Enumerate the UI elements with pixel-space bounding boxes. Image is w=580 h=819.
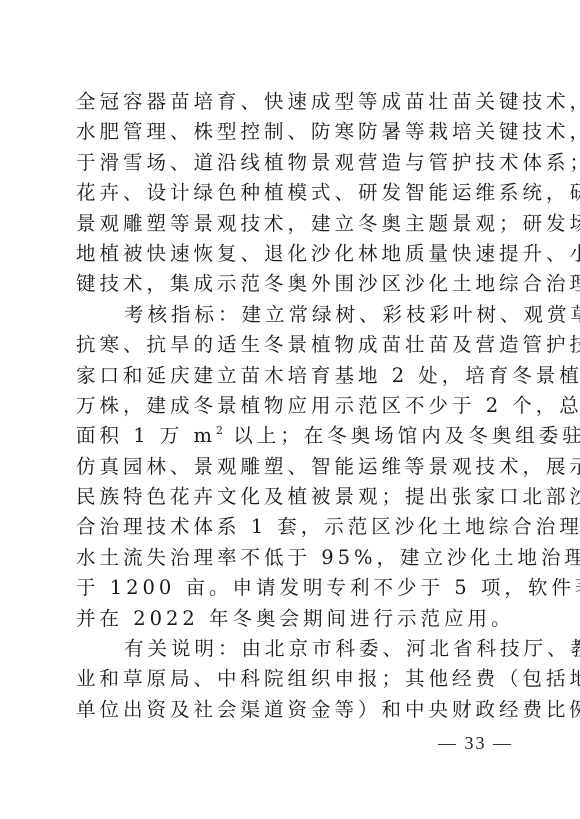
text-line: 业和草原局、中科院组织申报；其他经费（包括地方财政经费、 bbox=[76, 664, 512, 694]
text-line: 合治理技术体系 1 套，示范区沙化土地综合治理率不低于 95%， bbox=[76, 512, 512, 542]
text-span: 以上；在冬奥场馆内及冬奥组委驻地等地，综合运用 bbox=[223, 424, 580, 447]
text-line: 水肥管理、株型控制、防寒防暑等栽培关键技术，集成示范适用 bbox=[76, 117, 512, 147]
text-line-with-superscript: 面积 1 万 m2 以上；在冬奥场馆内及冬奥组委驻地等地，综合运用 bbox=[76, 421, 512, 451]
text-line: 抗寒、抗旱的适生冬景植物成苗壮苗及营造管护技术体系，在张 bbox=[76, 330, 512, 360]
text-line: 花卉、设计绿色种植模式、研发智能运维系统，研发仿真园林、 bbox=[76, 178, 512, 208]
text-line: 民族特色花卉文化及植被景观；提出张家口北部沙区沙化土地综 bbox=[76, 482, 512, 512]
page-number: — 33 — bbox=[438, 733, 513, 754]
text-line: 家口和延庆建立苗木培育基地 2 处，培育冬景植物苗木不少于 1 bbox=[76, 361, 512, 391]
document-page: 全冠容器苗培育、快速成型等成苗壮苗关键技术，攻克冬景植物 水肥管理、株型控制、防… bbox=[0, 0, 580, 819]
text-span: 仿真园林、景观雕塑、智能运维等景观技术，展示不少于 500m bbox=[76, 455, 580, 478]
text-line-with-superscript: 仿真园林、景观雕塑、智能运维等景观技术，展示不少于 500m2 bbox=[76, 452, 512, 482]
text-line: 于滑雪场、道沿线植物景观营造与管护技术体系；选配民族特色 bbox=[76, 148, 512, 178]
text-line: 于 1200 亩。申请发明专利不少于 5 项，软件著作权不少于 3 项， bbox=[76, 573, 512, 603]
paragraph-start-notes: 有关说明：由北京市科委、河北省科技厅、教育部、国家林 bbox=[76, 634, 512, 664]
text-line: 水土流失治理率不低于 95%，建立沙化土地治理示范区面积不少 bbox=[76, 543, 512, 573]
paragraph-start-assessment: 考核指标：建立常绿树、彩枝彩叶树、观赏草等不少于 3 类 bbox=[76, 300, 512, 330]
text-span: 面积 1 万 m bbox=[76, 424, 216, 447]
text-line: 键技术，集成示范冬奥外围沙区沙化土地综合治理技术体系。 bbox=[76, 269, 512, 299]
text-line: 全冠容器苗培育、快速成型等成苗壮苗关键技术，攻克冬景植物 bbox=[76, 87, 512, 117]
superscript: 2 bbox=[216, 424, 223, 437]
text-line: 万株，建成冬景植物应用示范区不少于 2 个，总长度 3km 以上或 bbox=[76, 391, 512, 421]
text-line: 景观雕塑等景观技术，建立冬奥主题景观；研发场馆外围沙化土 bbox=[76, 209, 512, 239]
text-line: 并在 2022 年冬奥会期间进行示范应用。 bbox=[76, 604, 512, 634]
text-line: 地植被快速恢复、退化沙化林地质量快速提升、小流域治理等关 bbox=[76, 239, 512, 269]
body-text: 全冠容器苗培育、快速成型等成苗壮苗关键技术，攻克冬景植物 水肥管理、株型控制、防… bbox=[76, 87, 512, 725]
text-line: 单位出资及社会渠道资金等）和中央财政经费比例不低于 1:1。 bbox=[76, 695, 512, 725]
